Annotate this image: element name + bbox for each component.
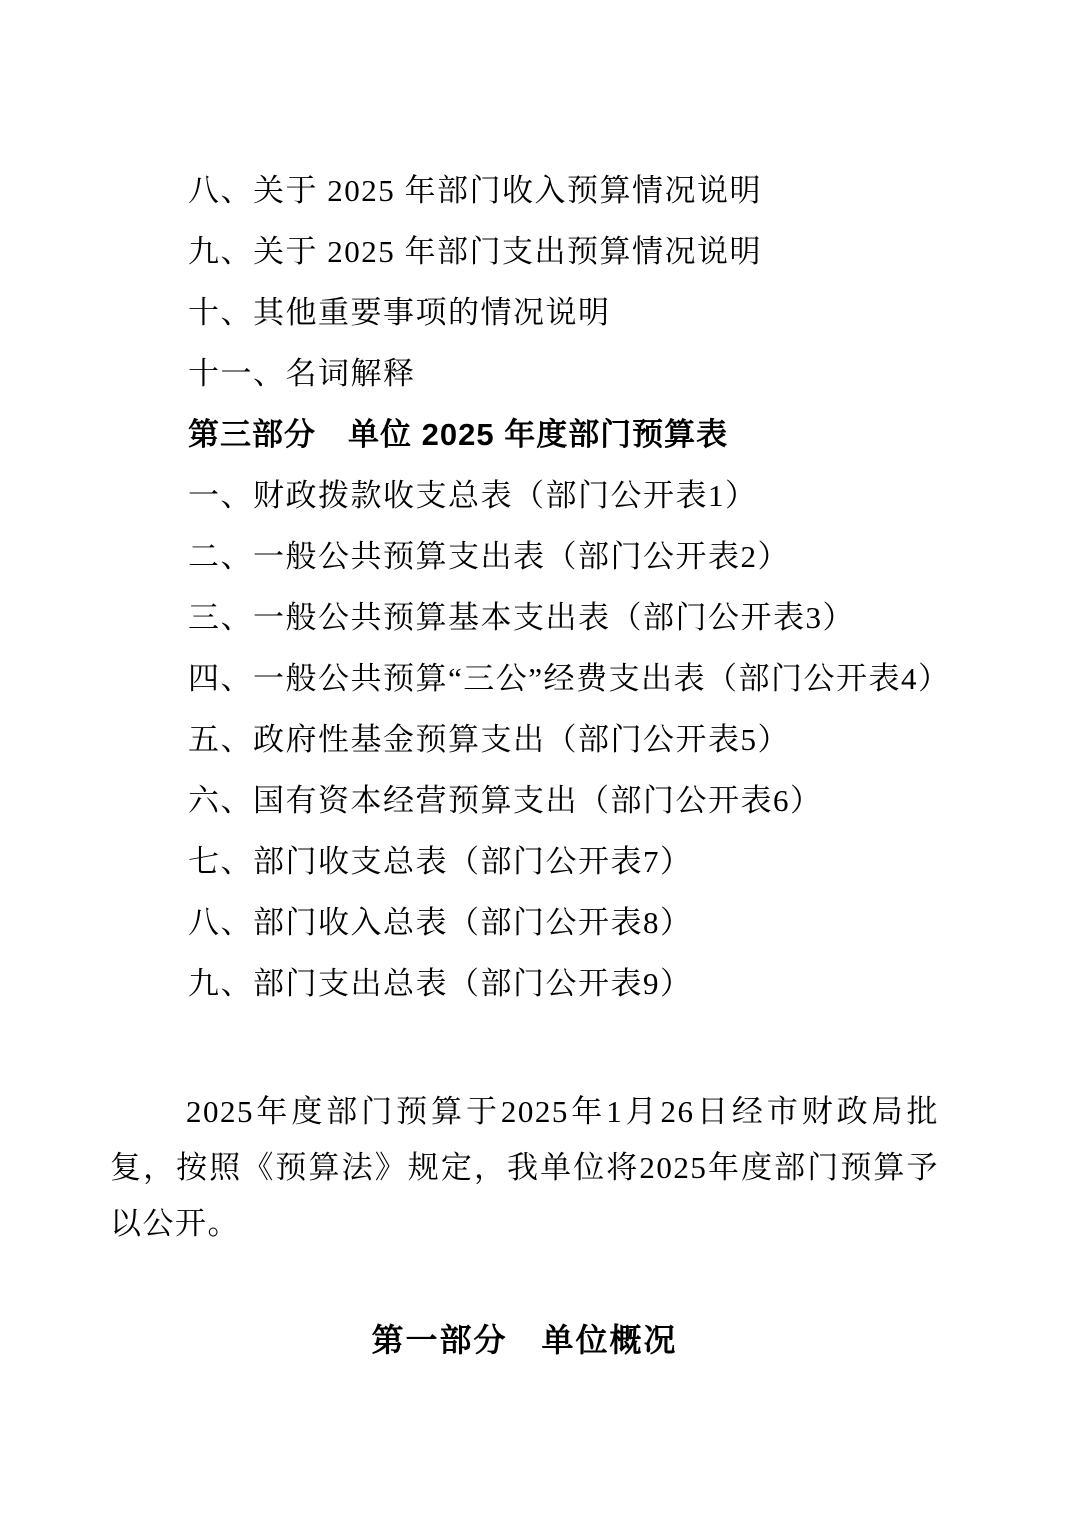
toc-item: 一、财政拨款收支总表（部门公开表1） bbox=[110, 465, 939, 526]
toc-item: 七、部门收支总表（部门公开表7） bbox=[110, 831, 939, 892]
toc-item: 九、关于 2025 年部门支出预算情况说明 bbox=[110, 221, 939, 282]
toc-item: 十一、名词解释 bbox=[110, 343, 939, 404]
part1-section-heading: 第一部分 单位概况 bbox=[110, 1310, 939, 1370]
toc-item: 三、一般公共预算基本支出表（部门公开表3） bbox=[110, 587, 939, 648]
toc-item: 八、关于 2025 年部门收入预算情况说明 bbox=[110, 160, 939, 221]
toc-item: 六、国有资本经营预算支出（部门公开表6） bbox=[110, 770, 939, 831]
table-of-contents: 八、关于 2025 年部门收入预算情况说明 九、关于 2025 年部门支出预算情… bbox=[110, 160, 939, 1014]
toc-item: 十、其他重要事项的情况说明 bbox=[110, 282, 939, 343]
toc-item: 九、部门支出总表（部门公开表9） bbox=[110, 953, 939, 1014]
toc-item: 四、一般公共预算“三公”经费支出表（部门公开表4） bbox=[110, 648, 939, 709]
toc-item: 二、一般公共预算支出表（部门公开表2） bbox=[110, 526, 939, 587]
part3-section-heading: 第三部分 单位 2025 年度部门预算表 bbox=[110, 404, 939, 465]
intro-paragraph: 2025年度部门预算于2025年1月26日经市财政局批复，按照《预算法》规定，我… bbox=[110, 1084, 939, 1252]
toc-item: 八、部门收入总表（部门公开表8） bbox=[110, 892, 939, 953]
toc-item: 五、政府性基金预算支出（部门公开表5） bbox=[110, 709, 939, 770]
document-page: 八、关于 2025 年部门收入预算情况说明 九、关于 2025 年部门支出预算情… bbox=[0, 0, 1069, 1514]
